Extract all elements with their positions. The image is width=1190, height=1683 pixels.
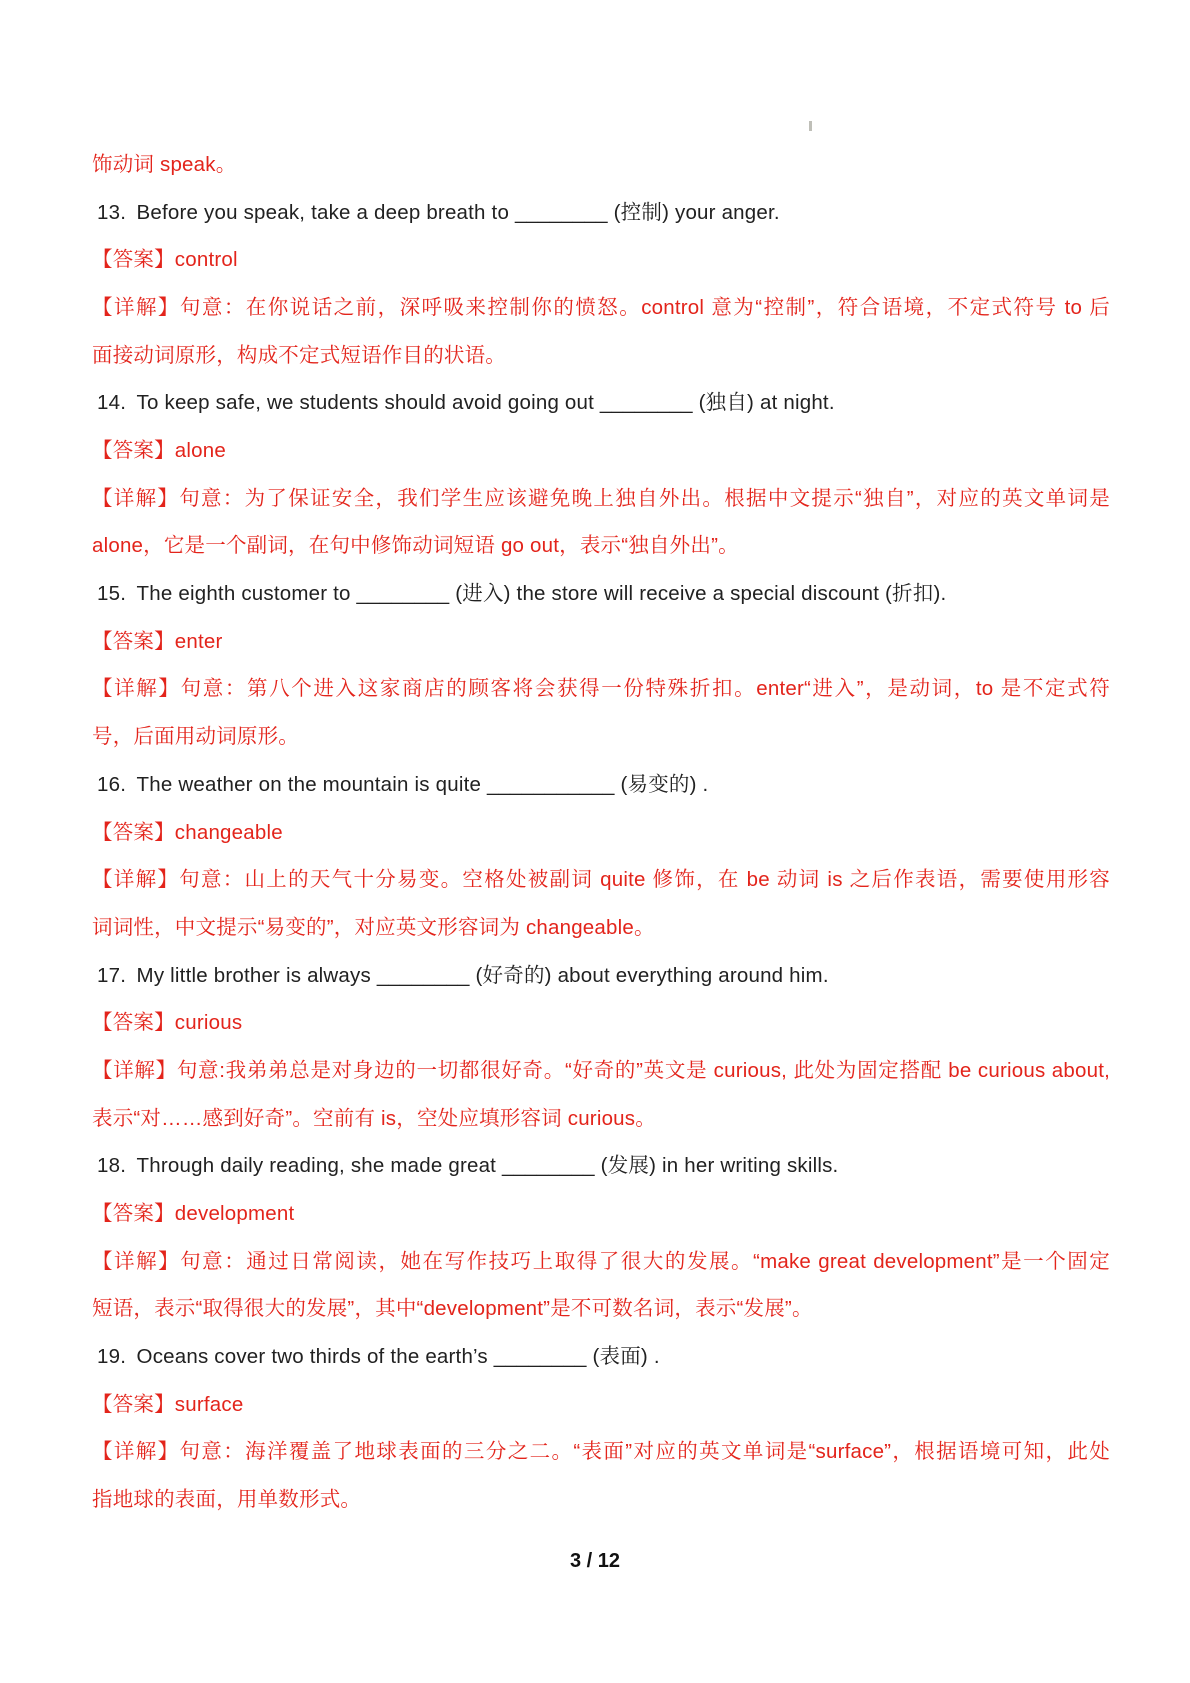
explanation-line: 面接动词原形，构成不定式短语作目的状语。	[92, 342, 1110, 369]
explanation-line: 饰动词 speak。	[92, 151, 1110, 178]
explanation-line: 号，后面用动词原形。	[92, 723, 1110, 750]
question-line: 16. The weather on the mountain is quite…	[92, 771, 1110, 798]
answer-line: 【答案】changeable	[92, 819, 1110, 846]
explanation-line: 【详解】句意：山上的天气十分易变。空格处被副词 quite 修饰，在 be 动词…	[92, 866, 1110, 893]
question-line: 15. The eighth customer to ________ (进入)…	[92, 580, 1110, 607]
stray-mark	[809, 121, 812, 131]
question-line: 18. Through daily reading, she made grea…	[92, 1152, 1110, 1179]
document-page: 饰动词 speak。13. Before you speak, take a d…	[0, 0, 1190, 1683]
answer-line: 【答案】control	[92, 246, 1110, 273]
explanation-line: alone，它是一个副词，在句中修饰动词短语 go out，表示“独自外出”。	[92, 532, 1110, 559]
explanation-line: 表示“对……感到好奇”。空前有 is，空处应填形容词 curious。	[92, 1105, 1110, 1132]
question-line: 17. My little brother is always ________…	[92, 962, 1110, 989]
question-line: 19. Oceans cover two thirds of the earth…	[92, 1343, 1110, 1370]
answer-line: 【答案】curious	[92, 1009, 1110, 1036]
explanation-line: 词词性，中文提示“易变的”，对应英文形容词为 changeable。	[92, 914, 1110, 941]
question-line: 13. Before you speak, take a deep breath…	[92, 199, 1110, 226]
explanation-line: 【详解】句意:我弟弟总是对身边的一切都很好奇。“好奇的”英文是 curious,…	[92, 1057, 1110, 1084]
explanation-line: 【详解】句意：为了保证安全，我们学生应该避免晚上独自外出。根据中文提示“独自”，…	[92, 485, 1110, 512]
explanation-line: 【详解】句意：第八个进入这家商店的顾客将会获得一份特殊折扣。enter“进入”，…	[92, 675, 1110, 702]
answer-line: 【答案】development	[92, 1200, 1110, 1227]
explanation-line: 【详解】句意：海洋覆盖了地球表面的三分之二。“表面”对应的英文单词是“surfa…	[92, 1438, 1110, 1465]
question-line: 14. To keep safe, we students should avo…	[92, 389, 1110, 416]
page-number: 3 / 12	[0, 1550, 1190, 1573]
answer-line: 【答案】surface	[92, 1391, 1110, 1418]
answer-line: 【答案】alone	[92, 437, 1110, 464]
explanation-line: 短语，表示“取得很大的发展”，其中“development”是不可数名词，表示“…	[92, 1295, 1110, 1322]
answer-line: 【答案】enter	[92, 628, 1110, 655]
explanation-line: 【详解】句意：通过日常阅读，她在写作技巧上取得了很大的发展。“make grea…	[92, 1248, 1110, 1275]
explanation-line: 指地球的表面，用单数形式。	[92, 1486, 1110, 1513]
explanation-line: 【详解】句意：在你说话之前，深呼吸来控制你的愤怒。control 意为“控制”，…	[92, 294, 1110, 321]
